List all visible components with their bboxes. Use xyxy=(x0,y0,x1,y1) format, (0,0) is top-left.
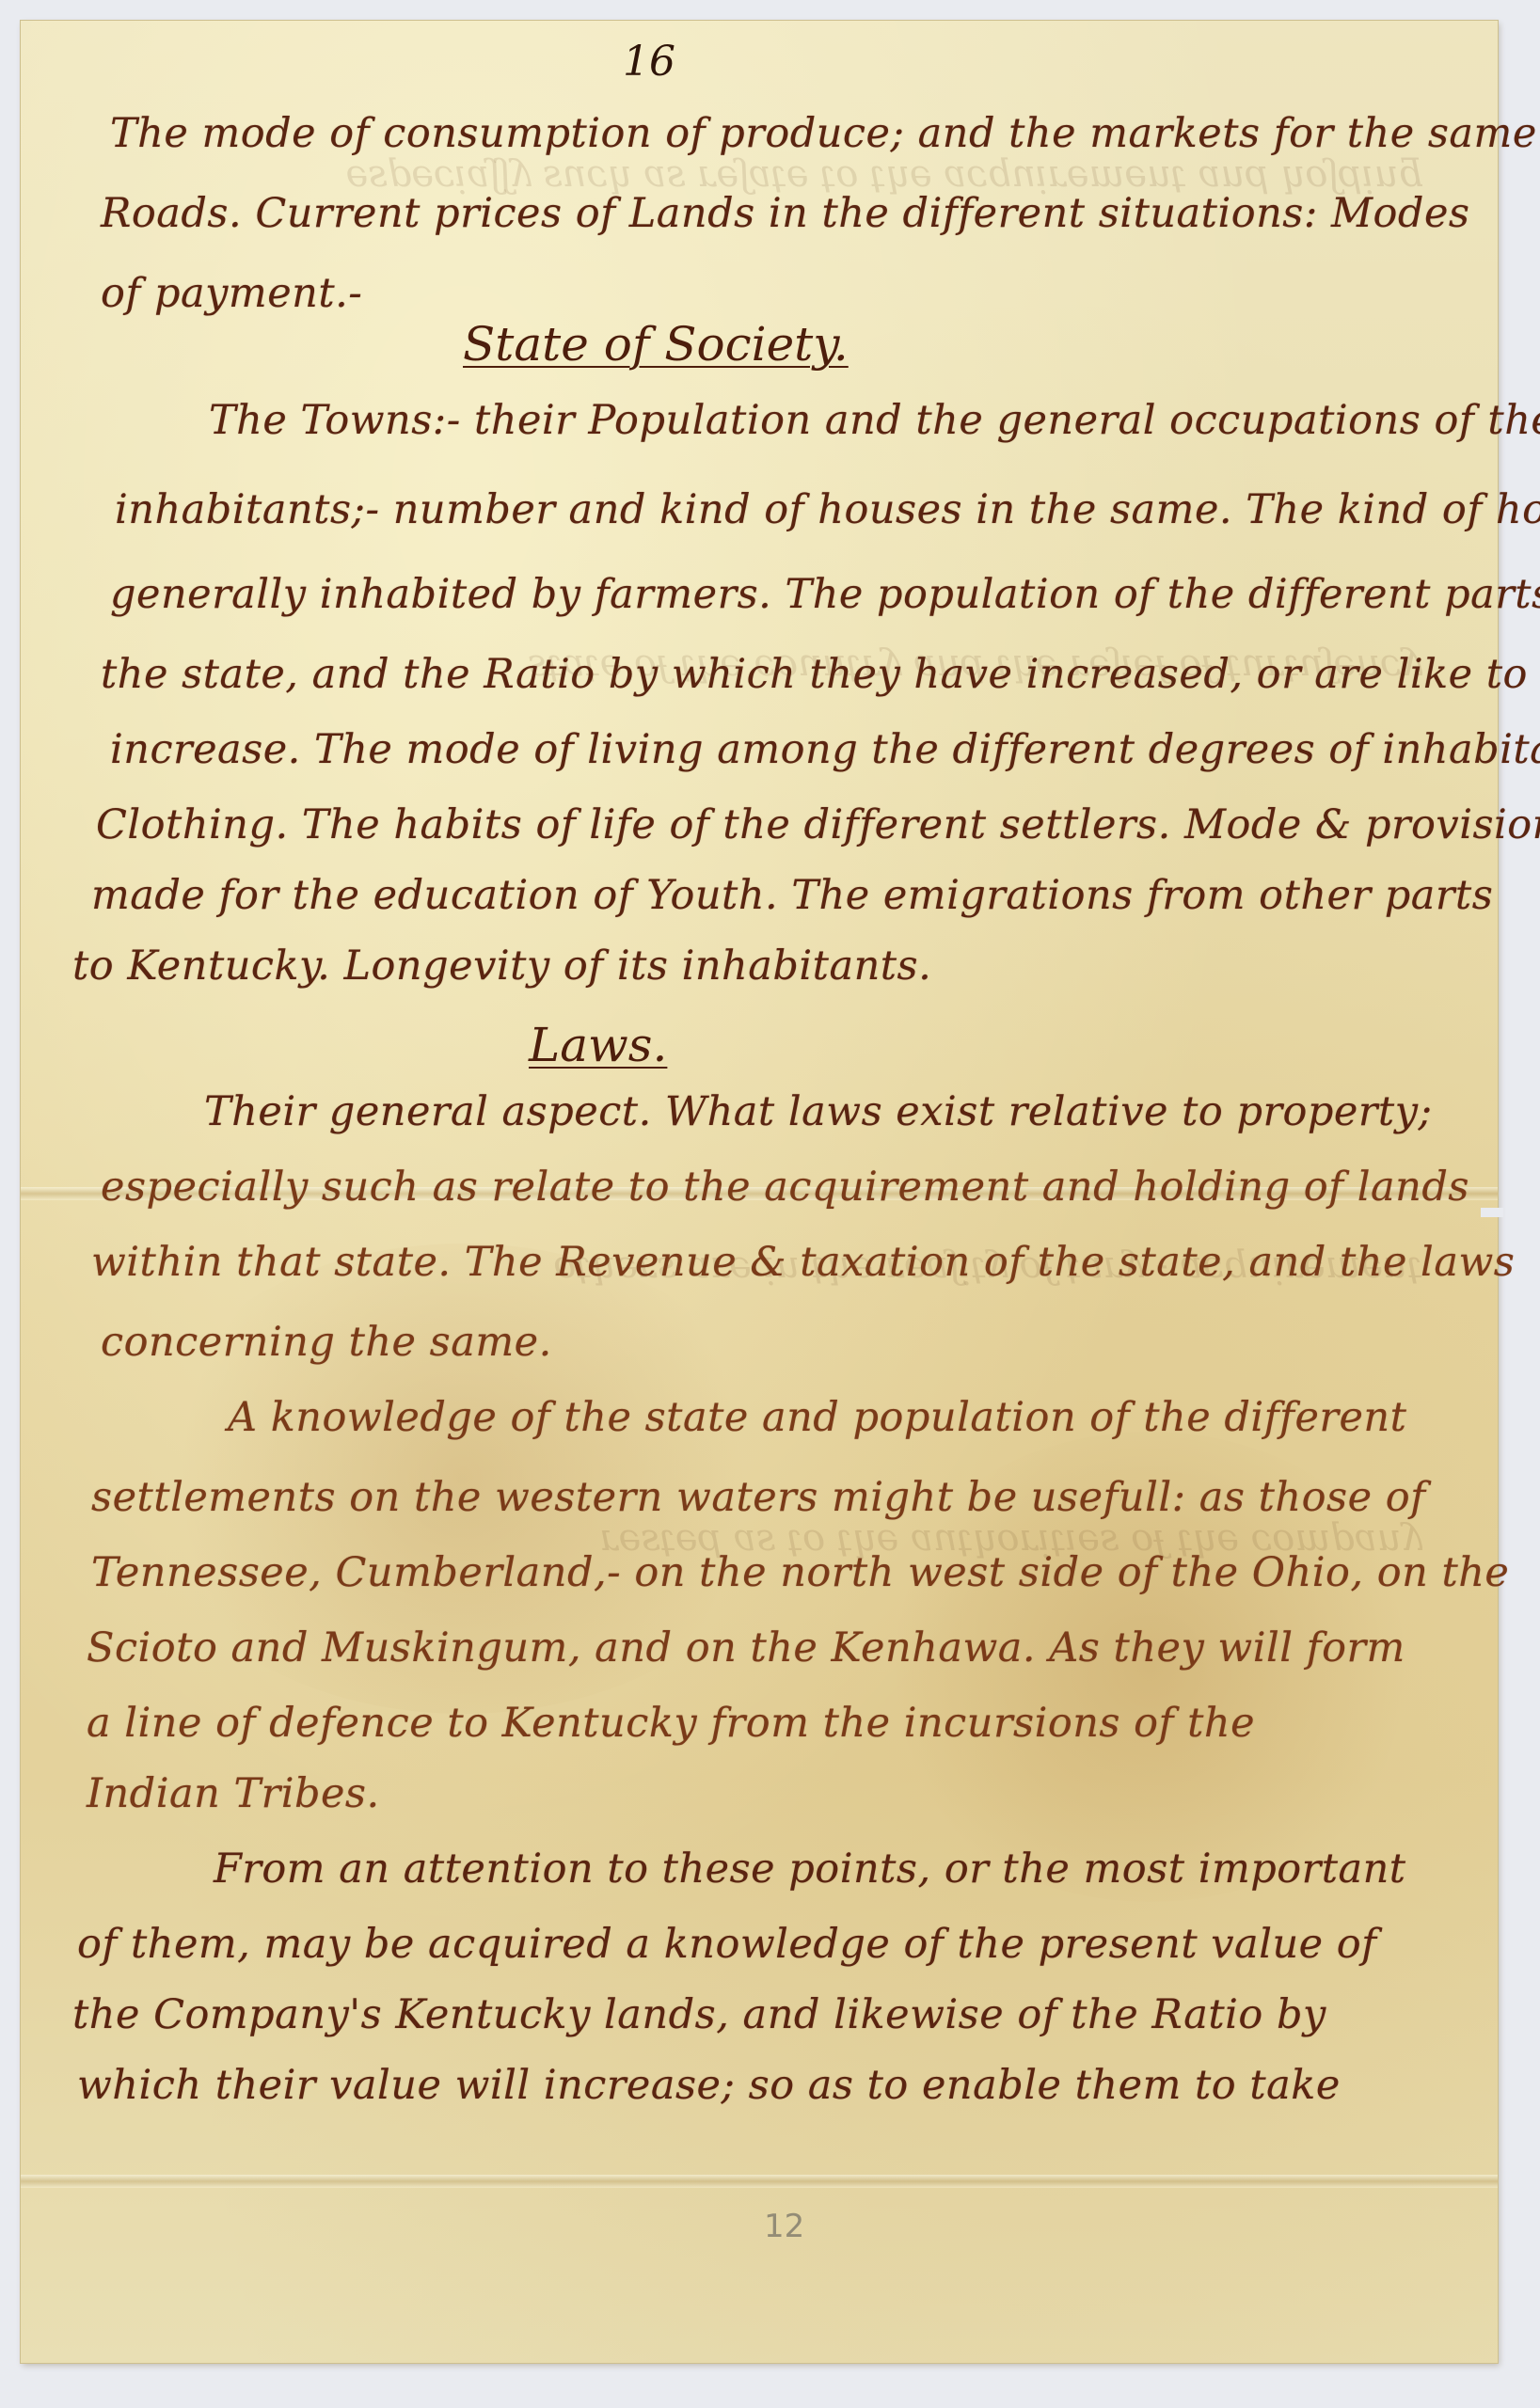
manuscript-line: which their value will increase; so as t… xyxy=(77,2062,1341,2109)
manuscript-line: The Towns:- their Population and the gen… xyxy=(209,397,1540,444)
manuscript-line: increase. The mode of living among the d… xyxy=(110,726,1540,773)
manuscript-line: Indian Tribes. xyxy=(87,1770,380,1817)
manuscript-line: The mode of consumption of produce; and … xyxy=(110,110,1540,157)
manuscript-line: of payment.- xyxy=(101,270,362,317)
manuscript-line: made for the education of Youth. The emi… xyxy=(91,872,1493,919)
paper-fold-bottom xyxy=(21,2175,1498,2188)
edge-tear xyxy=(1481,1208,1503,1217)
manuscript-line: Their general aspect. What laws exist re… xyxy=(204,1088,1433,1135)
manuscript-page: ƃuᴉpʃoɥ puɐ ʇuǝɯǝɹᴉnbɔɐ ǝɥʇ oʇ ǝʇɐʃǝɹ sɐ… xyxy=(21,21,1498,2363)
archival-pencil-number: 12 xyxy=(764,2208,804,2245)
manuscript-line: From an attention to these points, or th… xyxy=(214,1846,1406,1893)
manuscript-line: settlements on the western waters might … xyxy=(91,1474,1426,1521)
manuscript-line: concerning the same. xyxy=(101,1319,552,1366)
manuscript-line: to Kentucky. Longevity of its inhabitant… xyxy=(72,943,931,990)
manuscript-line: Tennessee, Cumberland,- on the north wes… xyxy=(91,1549,1509,1596)
manuscript-line: especially such as relate to the acquire… xyxy=(101,1164,1469,1211)
manuscript-line: a line of defence to Kentucky from the i… xyxy=(87,1700,1255,1747)
manuscript-line: inhabitants;- number and kind of houses … xyxy=(115,486,1540,533)
page-number: 16 xyxy=(623,38,675,86)
manuscript-line: Roads. Current prices of Lands in the di… xyxy=(101,190,1469,237)
manuscript-line: of them, may be acquired a knowledge of … xyxy=(77,1921,1377,1968)
manuscript-line: within that state. The Revenue & taxatio… xyxy=(91,1239,1515,1286)
manuscript-line: Scioto and Muskingum, and on the Kenhawa… xyxy=(87,1624,1405,1671)
manuscript-line: generally inhabited by farmers. The popu… xyxy=(110,571,1540,618)
manuscript-line: the state, and the Ratio by which they h… xyxy=(101,651,1528,698)
section-heading-state-of-society: State of Society. xyxy=(463,317,849,372)
manuscript-line: Clothing. The habits of life of the diff… xyxy=(96,801,1540,848)
manuscript-line: the Company's Kentucky lands, and likewi… xyxy=(72,1991,1326,2038)
manuscript-line: A knowledge of the state and population … xyxy=(228,1394,1406,1441)
section-heading-laws: Laws. xyxy=(529,1018,667,1072)
